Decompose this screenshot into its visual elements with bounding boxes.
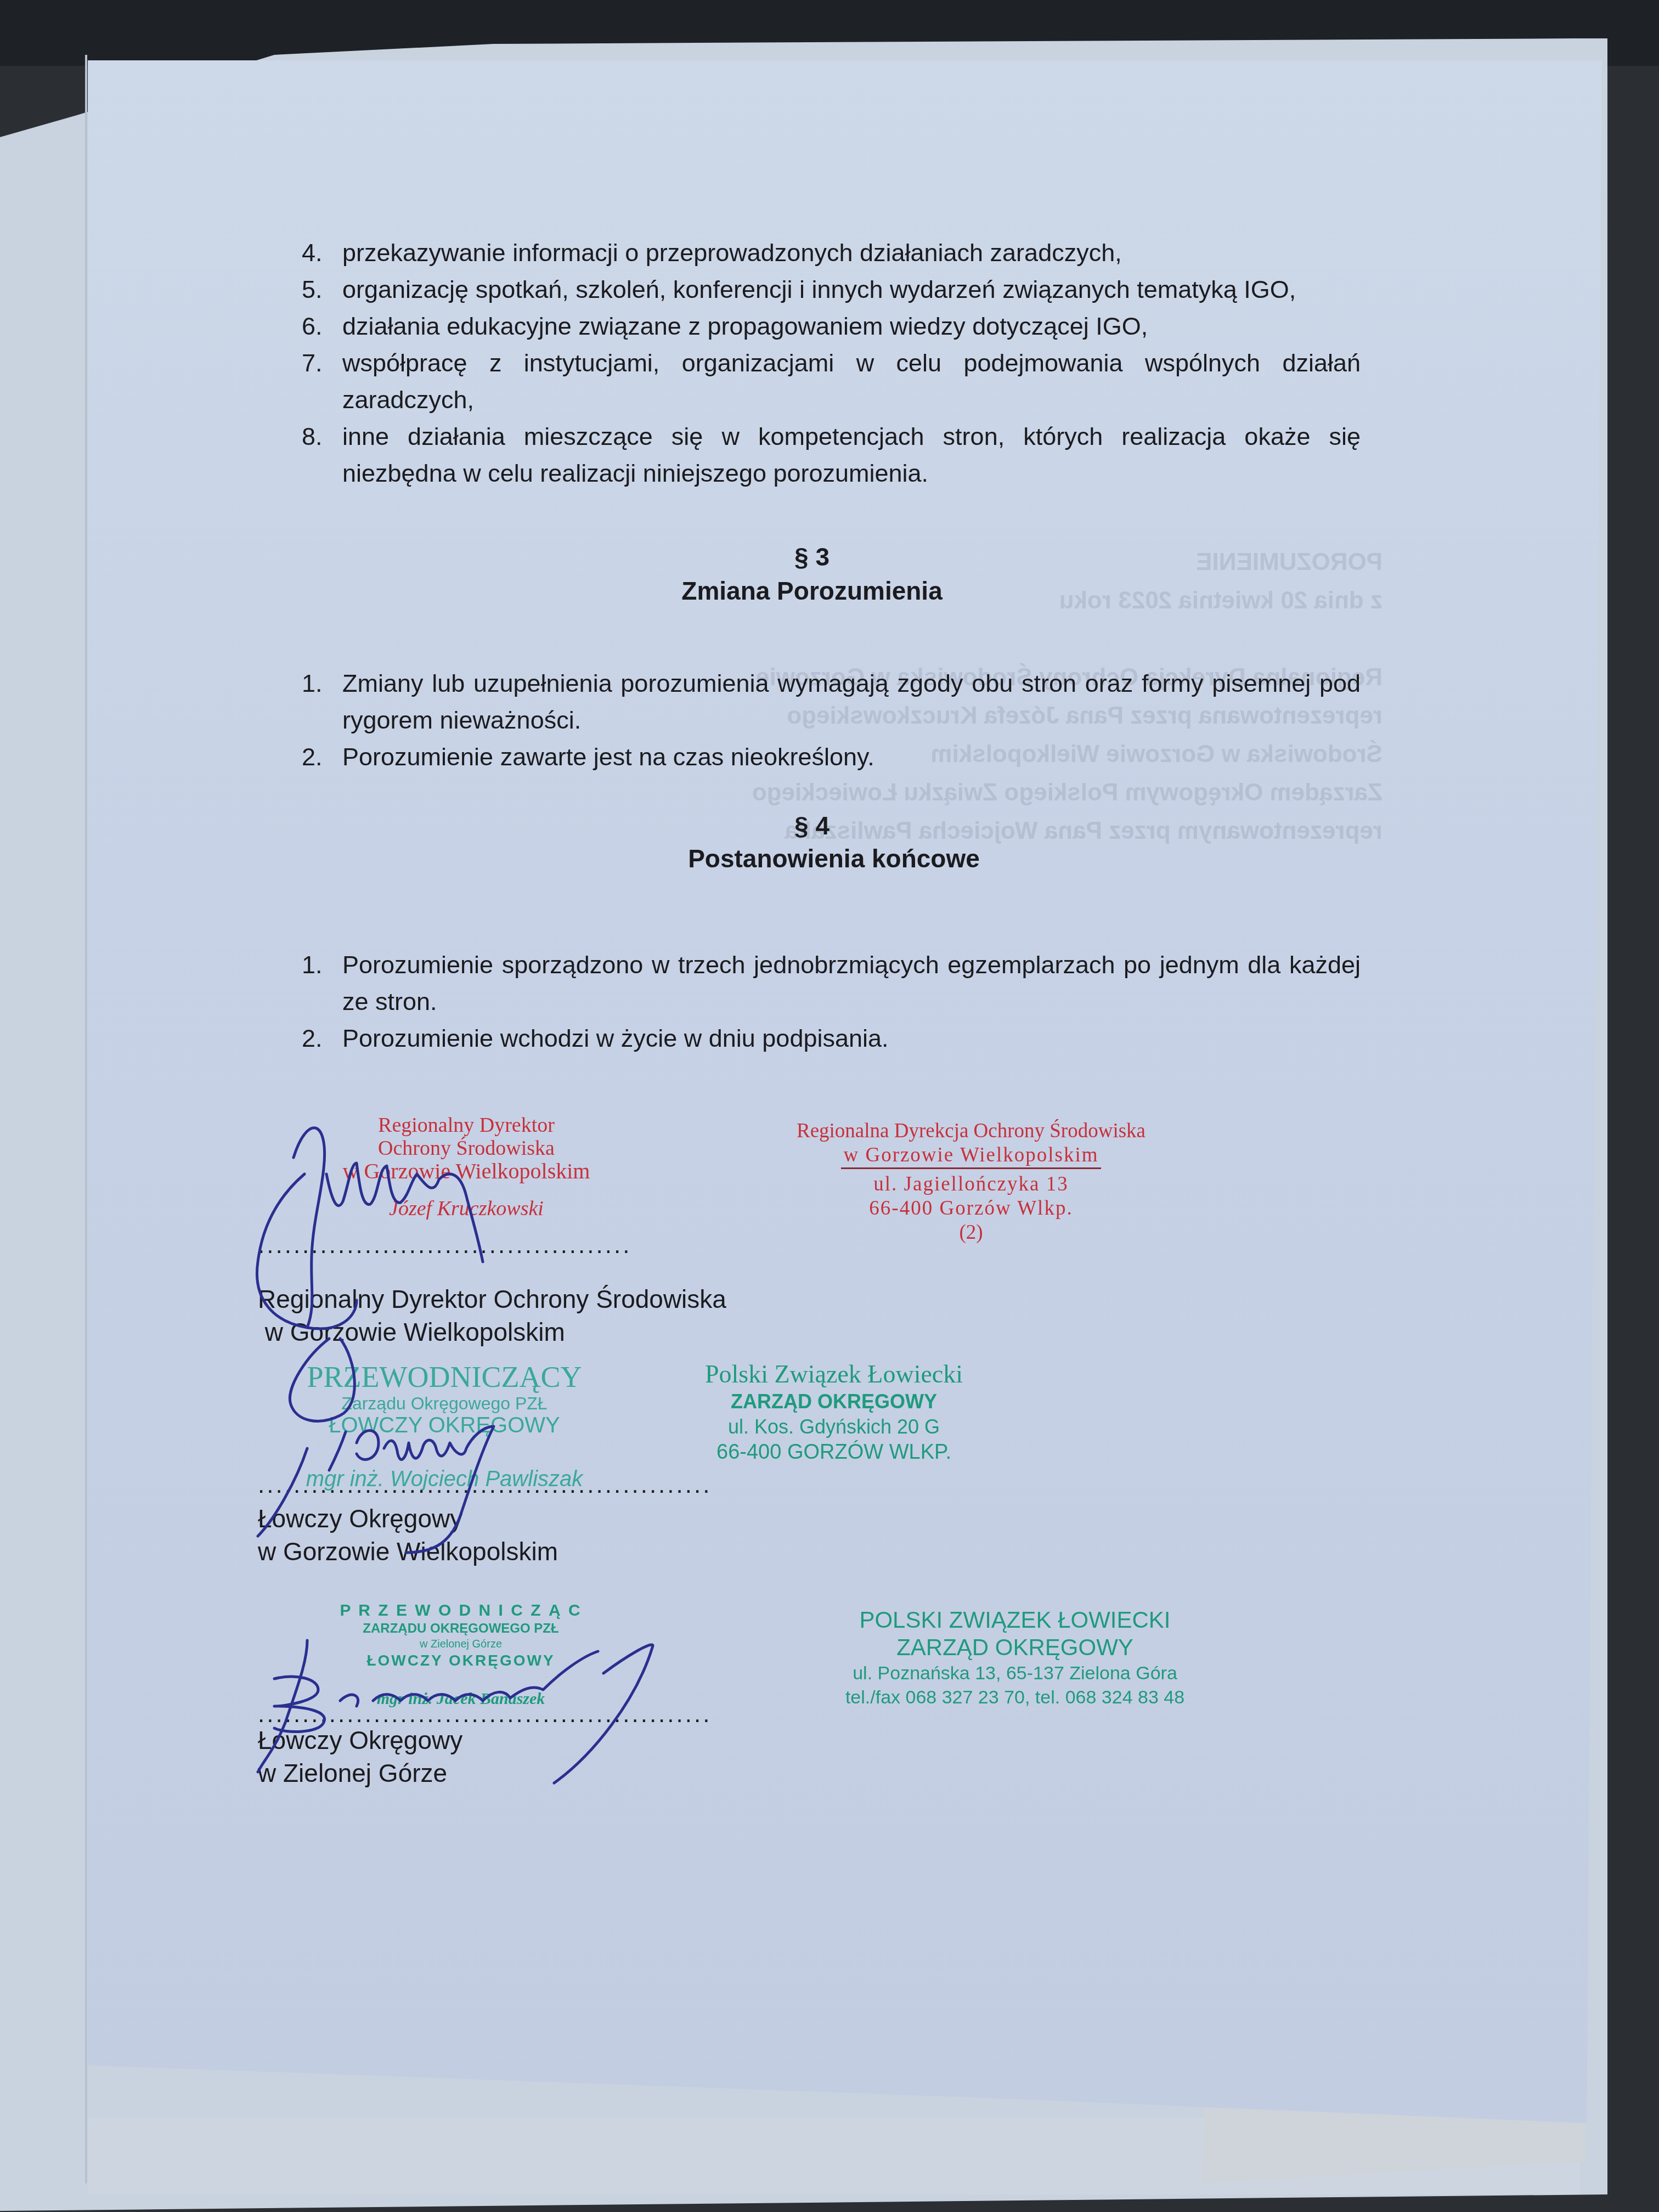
section3-number: § 3 <box>0 542 1624 572</box>
list-item: 7.współpracę z instytucjami, organizacja… <box>302 345 1361 418</box>
signature-line: ........................................… <box>258 1232 675 1259</box>
section4-title: Postanowienia końcowe <box>22 844 1646 873</box>
rdos-signatory-role: Regionalny Dyrektor Ochrony Środowiska w… <box>258 1283 726 1348</box>
list-item: 1.Zmiany lub uzupełnienia porozumienia w… <box>302 665 1361 738</box>
signature-line: ........................................… <box>258 1471 724 1499</box>
section2-list: 4.przekazywanie informacji o przeprowadz… <box>302 234 1361 492</box>
list-item: 2.Porozumienie wchodzi w życie w dniu po… <box>302 1020 1361 1057</box>
rdos-personal-stamp: Regionalny Dyrektor Ochrony Środowiska w… <box>307 1114 625 1220</box>
list-item: 6.działania edukacyjne związane z propag… <box>302 308 1361 345</box>
section3-list: 1.Zmiany lub uzupełnienia porozumienia w… <box>302 665 1361 775</box>
pzl-gorzow-signatory-role: Łowczy Okręgowy w Gorzowie Wielkopolskim <box>258 1502 558 1568</box>
pzl-gorzow-office-stamp: Polski Związek Łowiecki ZARZĄD OKRĘGOWY … <box>669 1359 998 1465</box>
section4-list: 1.Porozumienie sporządzono w trzech jedn… <box>302 946 1361 1057</box>
pzl-zg-signatory-role: Łowczy Okręgowy w Zielonej Górze <box>258 1724 462 1790</box>
list-item: 2.Porozumienie zawarte jest na czas nieo… <box>302 738 1361 775</box>
rdos-office-stamp: Regionalna Dyrekcja Ochrony Środowiska w… <box>757 1119 1185 1245</box>
section3-title: Zmiana Porozumienia <box>0 576 1624 606</box>
pzl-zg-personal-stamp: P R Z E W O D N I C Z Ą C ZARZĄDU OKRĘGO… <box>307 1601 614 1708</box>
list-item: 8.inne działania mieszczące się w kompet… <box>302 418 1361 492</box>
document-page: POROZUMIENIEz dnia 20 kwietnia 2023 roku… <box>0 0 1659 2212</box>
pzl-zg-office-stamp: POLSKI ZWIĄZEK ŁOWIECKI ZARZĄD OKRĘGOWY … <box>812 1606 1218 1709</box>
list-item: 1.Porozumienie sporządzono w trzech jedn… <box>302 946 1361 1020</box>
list-item: 4.przekazywanie informacji o przeprowadz… <box>302 234 1361 271</box>
section4-number: § 4 <box>0 811 1624 840</box>
list-item: 5.organizację spotkań, szkoleń, konferen… <box>302 271 1361 308</box>
